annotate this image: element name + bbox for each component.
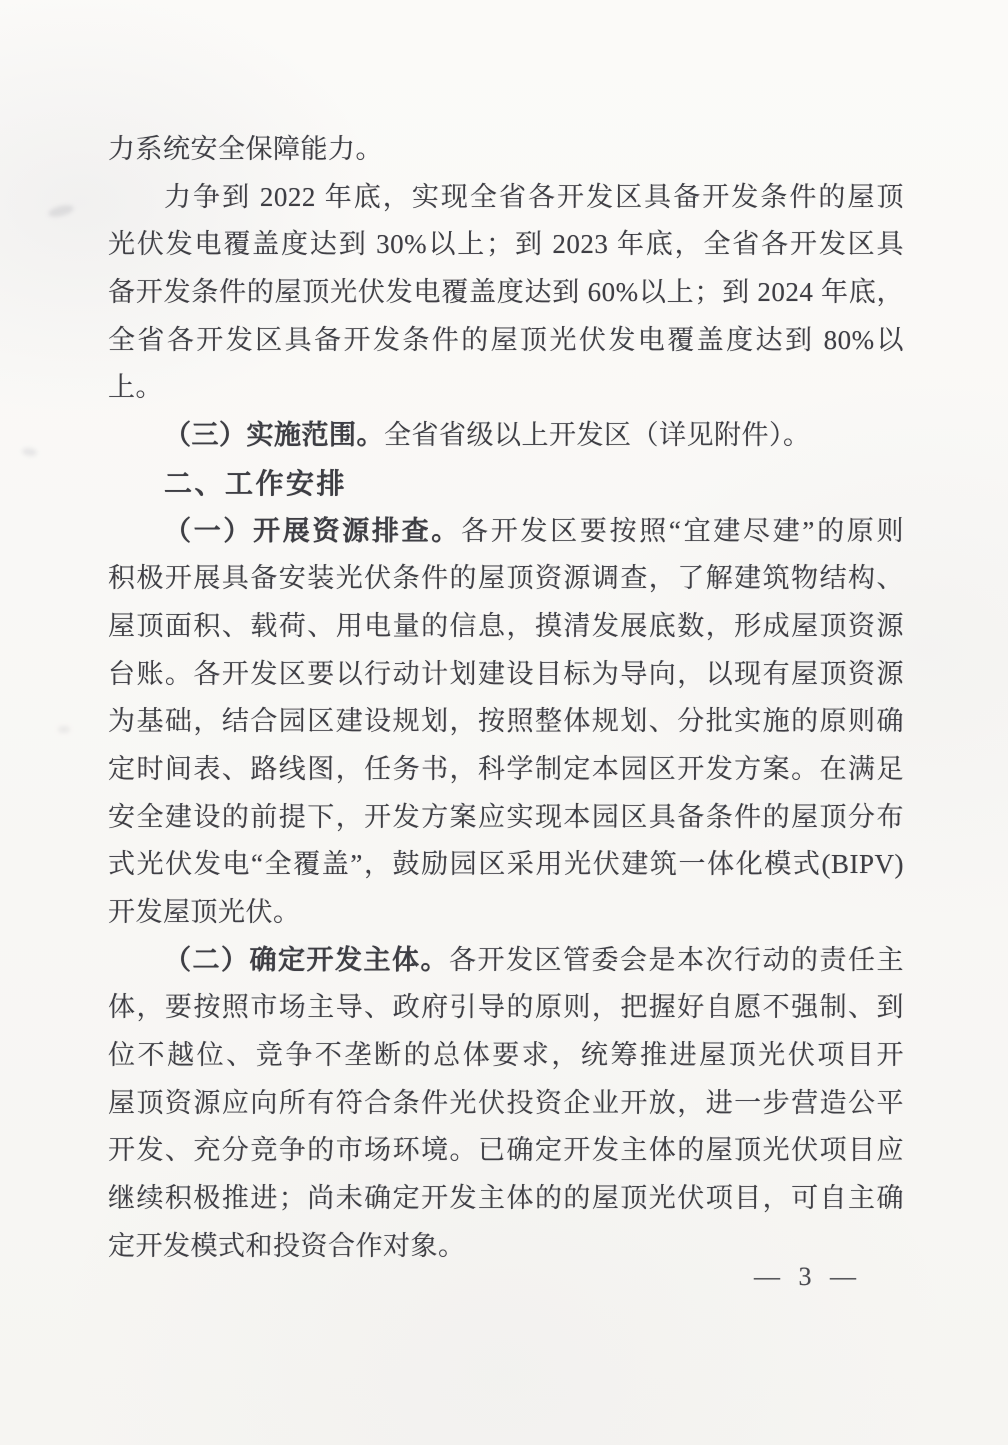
text-line: 屋顶资源应向所有符合条件光伏投资企业开放，进一步营造公平 <box>108 1080 904 1128</box>
subsection-label: （二）确定开发主体。 <box>164 945 449 975</box>
text-line: 光伏发电覆盖度达到 30%以上；到 2023 年底，全省各开发区具 <box>108 221 904 269</box>
text-segment: 台账。各开发区要以行动计划建设目标为导向，以现有屋顶资源 <box>108 659 904 689</box>
subsection-label: （三）实施范围。 <box>164 420 384 450</box>
text-segment: 为基础，结合园区建设规划，按照整体规划、分批实施的原则确 <box>108 706 904 736</box>
document-body: 力系统安全保障能力。力争到 2022 年底，实现全省各开发区具备开发条件的屋顶光… <box>108 126 904 1271</box>
text-segment: 全省省级以上开发区（详见附件）。 <box>384 420 811 450</box>
text-segment: 积极开展具备安装光伏条件的屋顶资源调查，了解建筑物结构、 <box>108 563 904 593</box>
text-line: 二、工作安排 <box>108 460 904 508</box>
text-segment: 开发、充分竞争的市场环境。已确定开发主体的屋顶光伏项目应 <box>108 1135 904 1165</box>
text-segment: 力争到 2022 年底，实现全省各开发区具备开发条件的屋顶 <box>164 182 904 212</box>
subsection-label: （一）开展资源排查。 <box>164 516 461 546</box>
text-line: 全省各开发区具备开发条件的屋顶光伏发电覆盖度达到 80%以 <box>108 317 904 365</box>
text-segment: 各开发区管委会是本次行动的责任主 <box>449 945 904 975</box>
text-line: 安全建设的前提下，开发方案应实现本园区具备条件的屋顶分布 <box>108 794 904 842</box>
text-segment: 定时间表、路线图，任务书，科学制定本园区开发方案。在满足 <box>108 754 904 784</box>
text-line: 定时间表、路线图，任务书，科学制定本园区开发方案。在满足 <box>108 746 904 794</box>
section-heading: 二、工作安排 <box>164 468 347 499</box>
text-segment: 力系统安全保障能力。 <box>108 134 383 164</box>
text-segment: 各开发区要按照“宜建尽建”的原则 <box>461 516 904 546</box>
text-segment: 光伏发电覆盖度达到 30%以上；到 2023 年底，全省各开发区具 <box>108 229 904 259</box>
text-segment: 位不越位、竞争不垄断的总体要求，统筹推进屋顶光伏项目开发， <box>108 1040 904 1080</box>
text-segment: 式光伏发电“全覆盖”，鼓励园区采用光伏建筑一体化模式(BIPV) <box>108 849 904 879</box>
text-line: 体，要按照市场主导、政府引导的原则，把握好自愿不强制、到 <box>108 984 904 1032</box>
text-segment: 上。 <box>108 372 163 402</box>
text-segment: 继续积极推进；尚未确定开发主体的的屋顶光伏项目，可自主确 <box>108 1183 904 1213</box>
text-line: 上。 <box>108 364 904 412</box>
text-line: 位不越位、竞争不垄断的总体要求，统筹推进屋顶光伏项目开发， <box>108 1032 904 1080</box>
scan-smudge <box>47 203 75 219</box>
text-segment: 全省各开发区具备开发条件的屋顶光伏发电覆盖度达到 80%以 <box>108 325 904 355</box>
text-line: 力系统安全保障能力。 <box>108 126 904 174</box>
text-segment: 开发屋顶光伏。 <box>108 897 301 927</box>
scan-smudge <box>58 726 70 733</box>
page-number: — 3 — <box>754 1262 862 1292</box>
text-line: （三）实施范围。全省省级以上开发区（详见附件）。 <box>108 412 904 460</box>
text-line: 式光伏发电“全覆盖”，鼓励园区采用光伏建筑一体化模式(BIPV) <box>108 841 904 889</box>
text-segment: 定开发模式和投资合作对象。 <box>108 1231 466 1261</box>
scanned-document-page: 力系统安全保障能力。力争到 2022 年底，实现全省各开发区具备开发条件的屋顶光… <box>0 0 1008 1445</box>
text-line: 为基础，结合园区建设规划，按照整体规划、分批实施的原则确 <box>108 698 904 746</box>
text-line: （一）开展资源排查。各开发区要按照“宜建尽建”的原则 <box>108 508 904 556</box>
text-segment: 体，要按照市场主导、政府引导的原则，把握好自愿不强制、到 <box>108 992 904 1022</box>
text-line: 继续积极推进；尚未确定开发主体的的屋顶光伏项目，可自主确 <box>108 1175 904 1223</box>
text-line: 开发、充分竞争的市场环境。已确定开发主体的屋顶光伏项目应 <box>108 1127 904 1175</box>
text-line: 台账。各开发区要以行动计划建设目标为导向，以现有屋顶资源 <box>108 651 904 699</box>
text-segment: 屋顶面积、载荷、用电量的信息，摸清发展底数，形成屋顶资源 <box>108 611 904 641</box>
text-segment: 备开发条件的屋顶光伏发电覆盖度达到 60%以上；到 2024 年底， <box>108 277 904 307</box>
text-line: 屋顶面积、载荷、用电量的信息，摸清发展底数，形成屋顶资源 <box>108 603 904 651</box>
scan-smudge <box>22 447 38 457</box>
text-line: 积极开展具备安装光伏条件的屋顶资源调查，了解建筑物结构、 <box>108 555 904 603</box>
text-line: 备开发条件的屋顶光伏发电覆盖度达到 60%以上；到 2024 年底， <box>108 269 904 317</box>
text-line: 力争到 2022 年底，实现全省各开发区具备开发条件的屋顶 <box>108 174 904 222</box>
text-line: 开发屋顶光伏。 <box>108 889 904 937</box>
text-segment: 屋顶资源应向所有符合条件光伏投资企业开放，进一步营造公平 <box>108 1088 904 1118</box>
text-segment: 安全建设的前提下，开发方案应实现本园区具备条件的屋顶分布 <box>108 802 904 832</box>
text-line: （二）确定开发主体。各开发区管委会是本次行动的责任主 <box>108 937 904 985</box>
